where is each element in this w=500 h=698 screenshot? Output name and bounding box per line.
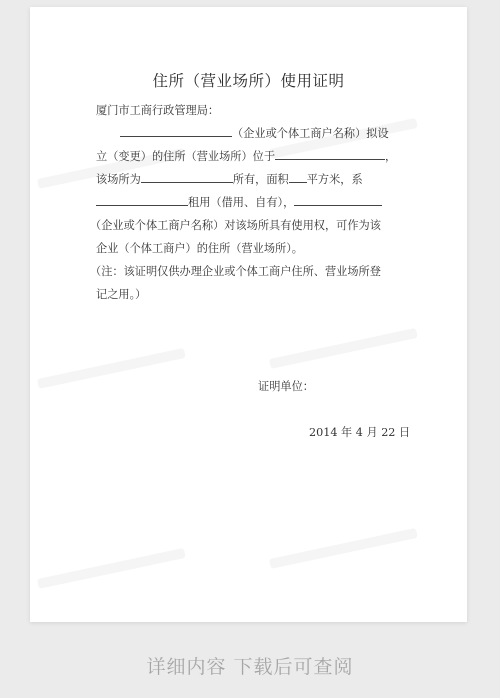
body-line-5: （企业或个体工商户名称）对该场所具有使用权，可作为该	[90, 215, 410, 238]
enterprise-blank-2	[294, 194, 382, 206]
document-title: 住所（营业场所）使用证明	[30, 69, 467, 91]
download-hint: 详细内容 下载后可查阅	[0, 652, 500, 679]
addressee: 厦门市工商行政管理局：	[96, 100, 416, 123]
note-line-1: （注：该证明仅供办理企业或个体工商户住所、营业场所登	[90, 261, 410, 284]
line-text: （企业或个体工商户名称）拟设	[232, 127, 389, 140]
document-date: 2014 年 4 月 22 日	[309, 424, 410, 440]
watermark	[37, 548, 186, 589]
enterprise-name-blank	[120, 125, 232, 137]
signature-label: 证明单位：	[258, 378, 314, 394]
body-line-6: 企业（个体工商户）的住所（营业场所）。	[96, 238, 416, 261]
area-blank	[289, 171, 307, 183]
addressee-text: 厦门市工商行政管理局：	[96, 104, 219, 117]
user-blank	[96, 194, 188, 206]
note-line-2: 记之用。）	[96, 284, 416, 307]
line-text: 租用（借用、自有），	[188, 196, 294, 209]
line-text: 企业（个体工商户）的住所（营业场所）。	[96, 242, 303, 255]
line-text: （企业或个体工商户名称）对该场所具有使用权，可作为该	[90, 219, 381, 232]
line-text: 立（变更）的住所（营业场所）位于	[96, 150, 275, 163]
line-text: ，	[385, 150, 396, 163]
watermark	[37, 348, 186, 389]
watermark	[269, 528, 418, 569]
body-line-3: 该场所为所有，面积平方米，系	[96, 169, 416, 192]
line-text: 平方米，系	[307, 173, 363, 186]
line-text: （注：该证明仅供办理企业或个体工商户住所、营业场所登	[90, 265, 381, 278]
watermark	[269, 328, 418, 369]
location-blank	[275, 148, 385, 160]
body-line-2: 立（变更）的住所（营业场所）位于，	[96, 146, 416, 169]
document-page: 住所（营业场所）使用证明 厦门市工商行政管理局： （企业或个体工商户名称）拟设 …	[30, 7, 467, 622]
line-text: 所有，面积	[233, 173, 289, 186]
owner-blank	[141, 171, 233, 183]
body-line-1: （企业或个体工商户名称）拟设	[120, 123, 440, 146]
body-line-4: 租用（借用、自有），	[96, 192, 416, 215]
line-text: 记之用。）	[96, 288, 146, 301]
line-text: 该场所为	[96, 173, 141, 186]
